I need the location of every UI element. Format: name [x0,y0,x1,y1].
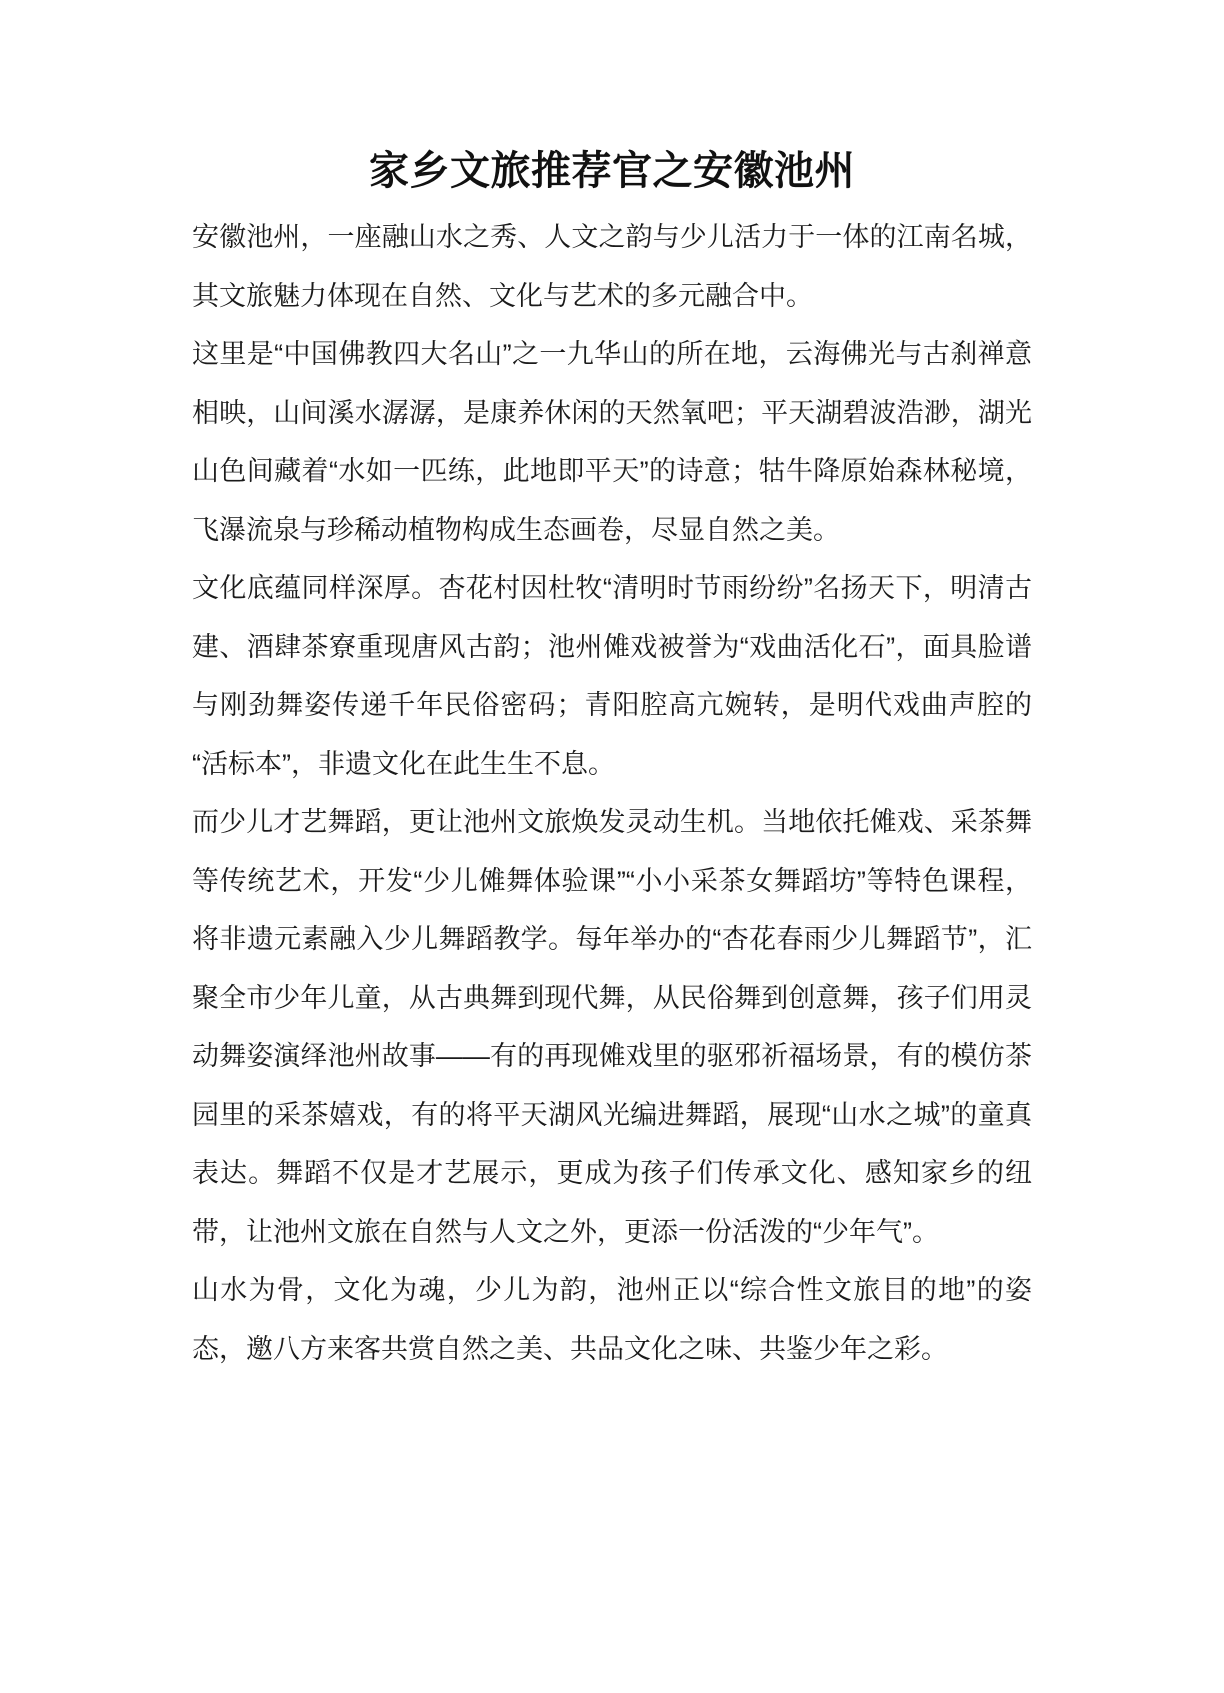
paragraph-conclusion: 山水为骨，文化为魂，少儿为韵，池州正以“综合性文旅目的地”的姿态，邀八方来客共赏… [192,1261,1032,1378]
document-page: 家乡文旅推荐官之安徽池州 安徽池州，一座融山水之秀、人文之韵与少儿活力于一体的江… [192,0,1032,1378]
document-canvas: { "document": { "title": "家乡文旅推荐官之安徽池州",… [0,0,1224,1693]
page-title: 家乡文旅推荐官之安徽池州 [192,146,1032,196]
paragraph-children-dance: 而少儿才艺舞蹈，更让池州文旅焕发灵动生机。当地依托傩戏、采茶舞等传统艺术，开发“… [192,793,1032,1261]
paragraph-intro: 安徽池州，一座融山水之秀、人文之韵与少儿活力于一体的江南名城，其文旅魅力体现在自… [192,208,1032,325]
paragraph-culture: 文化底蕴同样深厚。杏花村因杜牧“清明时节雨纷纷”名扬天下，明清古建、酒肆茶寮重现… [192,559,1032,793]
document-body: 安徽池州，一座融山水之秀、人文之韵与少儿活力于一体的江南名城，其文旅魅力体现在自… [192,208,1032,1378]
paragraph-nature: 这里是“中国佛教四大名山”之一九华山的所在地，云海佛光与古刹禅意相映，山间溪水潺… [192,325,1032,559]
